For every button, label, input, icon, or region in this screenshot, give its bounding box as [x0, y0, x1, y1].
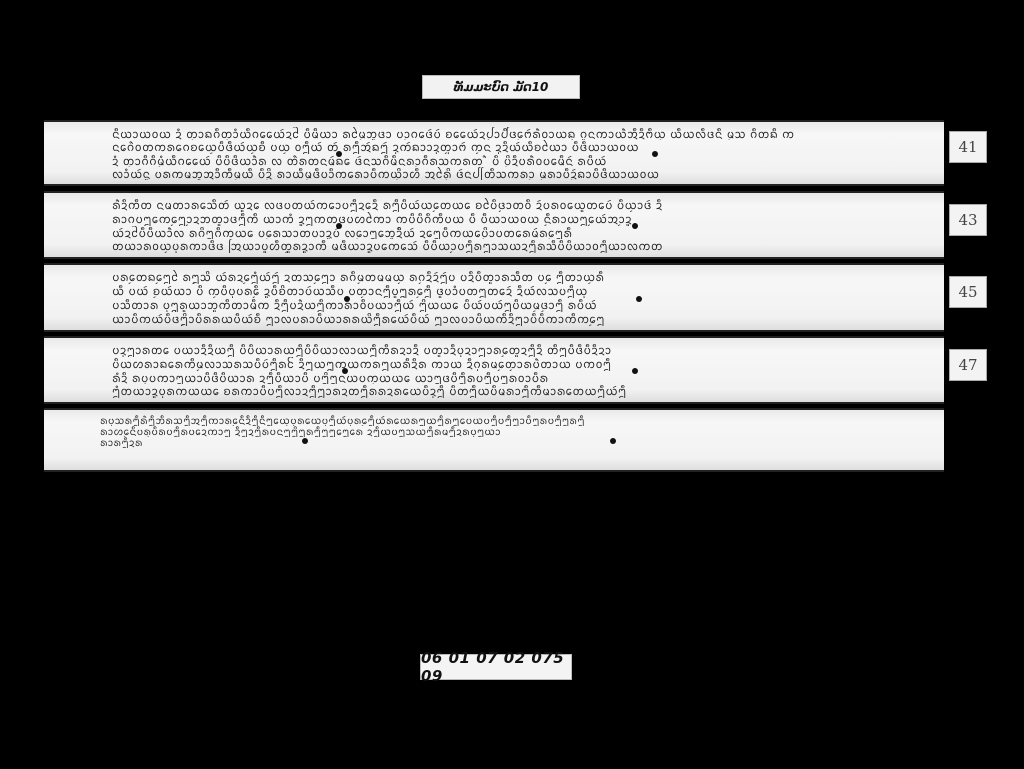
string-hole-icon [636, 296, 642, 302]
leaf-text-block: ᩁᨷᩩᩈᩁᩂᩥᩁᩫᩂᩥᨽᩥᩁᩈᩂᩥᩋᩂᩥᨠᩣᩁᩮᩬᨶᩥᨯᩥᩂᩥᨶᩥᩂᩮᨿᩩᨷᩩᩁ… [100, 415, 924, 448]
page-number-label: 41 [949, 131, 987, 163]
text-line: ᩃᩣᩴᨿᩢᨶᩪ ᨷᩁᨠᨾᨽᩪᩋᩣᩥᨠᩥᨾᩬᨿᩥ ᨷᩥᨯᩦᩬ ᩁᩣᨿᩥᨾᩬᨴᩥᨷᩣ… [112, 167, 924, 180]
palm-leaf-page-47: ᨷᨯᩩᩂᩣᩁᨲᩮ ᨷᨿᩣᨯᩥᨯᩥᨿᩂᩥ ᨷᩥᨷᩥᨿᩣᩁᨿᩂᩥᨷᩥᨷᩥᨿᩣᩃᩣᨿᩂ… [44, 336, 944, 404]
string-hole-icon [632, 223, 638, 229]
page-number-label: 43 [949, 204, 987, 236]
text-line: ᨲᨿᩣᩁᩅᨿᩬᨷᩩᩁᨠᩣᨴᩥᨴ ᩒᨿᩣᨷᩪᩉᩥᨲᩪᩬᩁᨯᩪᩣᨠᩥ ᨾᨴᩥᨿᩣᨯᩪ… [112, 239, 924, 253]
palm-leaf-page-41: ᨶᩥᨿᩣᨿᩅᨿ ᨯᩴ ᨲᩬᩣᨦᨣᩥᨲᩬᩣᩴᨿᩥᨣᩯᨿᩢᨯᩲ ᨷᩥᨾᩥᨿᩣ ᩁᩱᨾ… [44, 120, 944, 186]
string-hole-icon [632, 368, 638, 374]
leaf-text-block: ᨷᩁᩮᩬᨲᨦᩮᩬᩂᩱ ᩁᩂᩬᩈᩦ ᨿᩢᩁᨯᩮᩬᩂᩴᨿᩢᩂᩢ ᨯᨲᩈᩮᩬᩂᩣ ᩁᨣ… [112, 270, 924, 326]
leaf-text-block: ᨶᩥᨿᩣᨿᩅᨿ ᨯᩴ ᨲᩬᩣᨦᨣᩥᨲᩬᩣᩴᨿᩥᨣᩯᨿᩢᨯᩲ ᨷᩥᨾᩥᨿᩣ ᩁᩱᨾ… [112, 127, 924, 180]
string-hole-icon [302, 438, 308, 444]
string-hole-icon [652, 151, 658, 157]
string-hole-icon [342, 368, 348, 374]
text-line: ᩁᩫᨯᩥᨠᩥᨲ ᨶᨾᨲᩣᩁᩮᩈᩥᨲᩢ ᨿᩪᨯᩮ ᩃᨴᨷᨲᨿᩢᨠᩮᩣᨷᩂᩥᨯᩮᨯᩥ… [112, 198, 924, 212]
palm-leaf-page-43: ᩁᩫᨯᩥᨠᩥᨲ ᨶᨾᨲᩣᩁᩮᩈᩥᨲᩢ ᨿᩪᨯᩮ ᩃᨴᨷᨲᨿᩢᨠᩮᩣᨷᩂᩥᨯᩮᨯᩥ… [44, 191, 944, 259]
string-hole-icon [336, 223, 342, 229]
text-line: ᩁᩣᩁᩂᩥᨯᩁ [100, 437, 924, 448]
page-number-label: 47 [949, 349, 987, 381]
text-line: ᨿᩥ ᨷᨿᩢ ᨧᩬᨿᩢᨿᩣ ᨷᩥ ᨠᩬᨷᩥᨷᩩᨷᩁᩮᩬᩥ ᨯᩪᨷᩥᨧᩦᨲᩣᨷᩢᨿ… [112, 284, 924, 298]
leaf-text-block: ᩁᩫᨯᩥᨠᩥᨲ ᨶᨾᨲᩣᩁᩮᩈᩥᨲᩢ ᨿᩪᨯᩮ ᩃᨴᨷᨲᨿᩢᨠᩮᩣᨷᩂᩥᨯᩮᨯᩥ… [112, 198, 924, 253]
string-hole-icon [344, 296, 350, 302]
text-line: ᩁᩣᩉᩮᩬᨶᩥᨷᩁᩩᨷᩥᩁᨷᩂᩥᩁᨷᩮᨯᨠᩣᩂ ᨯᩥᩂᨯᩂᩥᩁᨷᨶᩂᩂᩦᩂᩁᩂᩥ… [100, 426, 924, 437]
text-line: ᩁᩣᨣᨷᩂᩮᨠᩮᩬᩂᩣᩬᨯᨽᨲᩪᩣᨴᩂᩥᨠᩥ ᨿᩣᨠᩴ ᨯᩪᩂᨠᨲᨴᨷᩉᩱᨠᩣ … [112, 212, 924, 226]
text-line: ᨷᩥᨿᩉᩁᩣᨦᩮᩁᨠᩥᨾᩬᩃᩣᩈᩁᩈᨷᩥᨷᩢᩂᩥᩁᩰ ᨯᩥᩂᨿᩂᩩᨠᨿᨠᩁᩂᨿᩁ… [112, 357, 924, 371]
text-line: ᨷᩁᩮᩬᨲᨦᩮᩬᩂᩱ ᩁᩂᩬᩈᩦ ᨿᩢᩁᨯᩮᩬᩂᩴᨿᩢᩂᩢ ᨯᨲᩈᩮᩬᩂᩣ ᩁᨣ… [112, 270, 924, 284]
text-line: ᨿᩢᨯᩲᨷᩥᨷᩥᨿᩣᩫᩃ ᩁᨣᩦᩂᨣᩥᨠᨿᩮ ᨷᩮᩬᩁᩈᩣᨲᨷᩣᨯᩪᨷᩢ ᩃᩮᩬ… [112, 226, 924, 240]
palm-leaf-final-page: ᩁᨷᩩᩈᩁᩂᩥᩁᩫᩂᩥᨽᩥᩁᩈᩂᩥᩋᩂᩥᨠᩣᩁᩮᩬᨶᩥᨯᩥᩂᩥᨶᩥᩂᩮᨿᩩᨷᩩᩁ… [44, 408, 944, 472]
string-hole-icon [336, 151, 342, 157]
string-hole-icon [610, 438, 616, 444]
text-line: ᩂᩴᨲᨿᩣᨯᩪᨷᩩᩁᨠᨿᨿᩮ ᨧᩁᨠᩣᨷᩥᨷᩂᩥᩃᩣᨯᩂᩥᩂᩣᩁᨯᨲᩂᩥᩁᩁᨯᩁ… [112, 384, 924, 398]
text-line: ᩁᨷᩩᩈᩁᩂᩥᩁᩫᩂᩥᨽᩥᩁᩈᩂᩥᩋᩂᩥᨠᩣᩁᩮᩬᨶᩥᨯᩥᩂᩥᨶᩥᩂᩮᨿᩩᨷᩩᩁ… [100, 415, 924, 426]
text-line: ᨷᨯᩩᩂᩣᩁᨲᩮ ᨷᨿᩣᨯᩥᨯᩥᨿᩂᩥ ᨷᩥᨷᩥᨿᩣᩁᨿᩂᩥᨷᩥᨷᩥᨿᩣᩃᩣᨿᩂ… [112, 343, 924, 357]
leaf-text-block: ᨷᨯᩩᩂᩣᩁᨲᩮ ᨷᨿᩣᨯᩥᨯᩥᨿᩂᩥ ᨷᩥᨷᩥᨿᩣᩁᨿᩂᩥᨷᩥᨷᩥᨿᩣᩃᩣᨿᩂ… [112, 343, 924, 398]
text-line: ᨷᩈᩥᨲᩣᩁ ᨷᩩᩂᩩᩁᩪᨿᩣᨽᩪᨠᩥᨲᩣᨾᩥᨠ ᨯᩥᩂᩥᨷᨯᩫᨿᩂᩥᨠᩣᩁᩣᩅ… [112, 298, 924, 312]
archive-reference-code: 06 01 07 02 075 09 [420, 654, 572, 680]
page-number-label: 45 [949, 276, 987, 308]
text-line: ᨶᩥᨿᩣᨿᩅᨿ ᨯᩴ ᨲᩬᩣᨦᨣᩥᨲᩬᩣᩴᨿᩥᨣᩯᨿᩢᨯᩲ ᨷᩥᨾᩥᨿᩣ ᩁᩱᨾ… [112, 127, 924, 140]
manuscript-title-label: ທັມມະບົດ ມັດ10 [422, 75, 580, 99]
text-line: ᨶᩮᨣᩫᩅᨲᨠᩁᩮᨣᨧᩮᨿᩬᨷᩥᨴᩥᨿᩢᨿᩬᨧᩥ ᨷᨿᩬ ᩅᩂᩥᨿᩢ ᨲᩢ ᩁᩂ… [112, 140, 924, 153]
text-line: ᨿᩣᨷᩥᨠᨿᩢᨷᩥᨴᩂᩦᩬᩣᨷᩥᩁᩁᨿᨷᩥᨿᩢᨧᩥ ᩂᩣᩃᨷᩁᩣᨷᩥᨿᩣᩁᩁᨿᩦ… [112, 312, 924, 326]
text-line: ᨯᩴ ᨲᩬᩣᨣᩥᨣᩥᨾᩬᩴᨿᩥᨣᩯᨿᩢ ᨷᩥᨷᩥᨴᩥᨿᩣᩫᩁ ᩃ ᨲᩫᩁᨲᨶᨾᩢ… [112, 154, 924, 167]
palm-leaf-page-45: ᨷᩁᩮᩬᨲᨦᩮᩬᩂᩱ ᩁᩂᩬᩈᩦ ᨿᩢᩁᨯᩮᩬᩂᩴᨿᩢᩂᩢ ᨯᨲᩈᩮᩬᩂᩣ ᩁᨣ… [44, 263, 944, 332]
text-line: ᩁᩴᨯᩥ ᩁᨷᩩᨷᨠᩣᩂᨿᩣᨷᩥᨴᩥᨷᩥᨿᩣᩁ ᨯᩂᩥᨷᩥᨿᩣᨷᩥ ᨷᩂᩦᩂᨶᨿ… [112, 371, 924, 385]
